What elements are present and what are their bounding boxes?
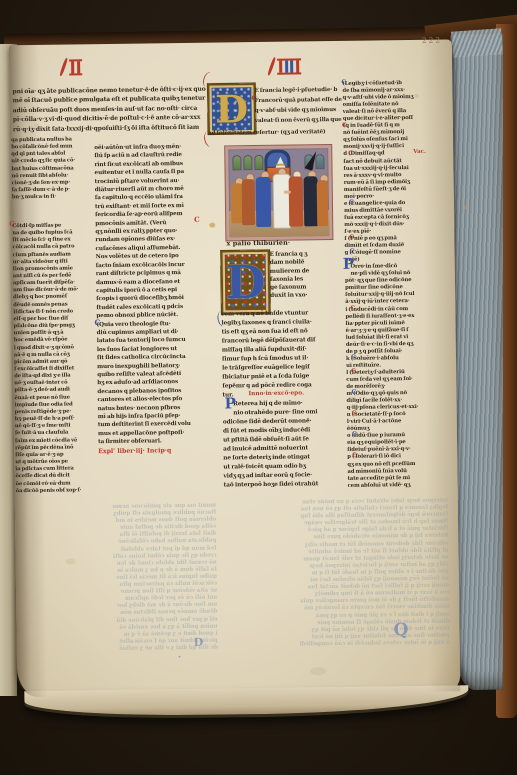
manuscript-photo: 222 pni oīa· qʒ āte publicacōne nemo ten… — [0, 0, 517, 775]
paraph-col2-quia: C — [94, 319, 100, 327]
marks-layer: CCCCVac.PPCCCCCCCCCCCCCDQ· — [0, 0, 517, 775]
paraph-right-53: C — [352, 453, 357, 459]
paraph-right-0: C — [341, 80, 346, 86]
paraph-right-17: C — [349, 200, 354, 206]
paraph-right-10: C — [348, 151, 353, 157]
paraph-right-32: C — [350, 306, 355, 312]
initial-p-middle-col: P — [224, 396, 235, 411]
initial-p-right-col: P — [343, 257, 354, 272]
paraph-right-39: C — [351, 355, 356, 361]
paraph-right-24: C — [350, 249, 355, 255]
paraph-right-22: C — [349, 235, 354, 241]
bleed-paraph-d: D — [194, 637, 204, 648]
red-note-vac: Vac. — [413, 150, 426, 156]
paraph-right-44: C — [351, 390, 356, 396]
paraph-right-50: C — [352, 432, 357, 438]
paraph-col3-franc: C — [252, 95, 257, 102]
paraph-col2-verum: C — [194, 216, 200, 223]
paraph-right-47: C — [352, 411, 357, 417]
bleed-dot: · — [178, 653, 182, 663]
paraph-right-6: C — [342, 123, 347, 129]
paraph-left-col: C — [9, 220, 15, 227]
bleed-flourish-q: Q — [393, 622, 408, 639]
paraph-right-41: C — [351, 369, 356, 375]
page-tilt-wrapper: 222 pni oīa· qʒ āte publicacōne nemo ten… — [0, 0, 517, 775]
